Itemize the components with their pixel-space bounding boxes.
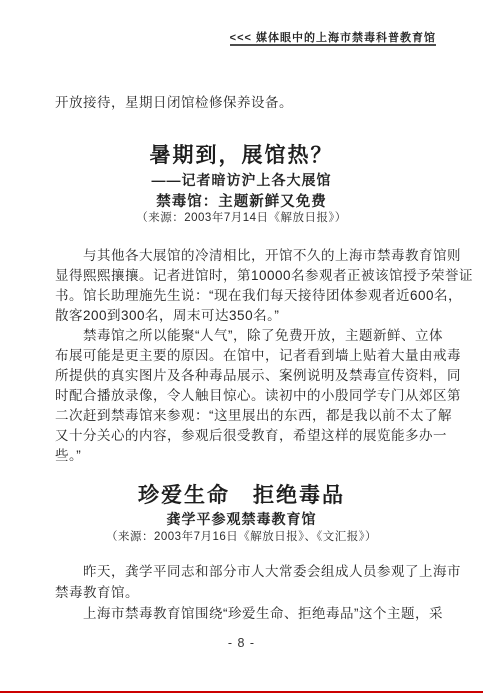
article2-title: 珍爱生命 拒绝毒品: [0, 479, 483, 509]
page-number: - 8 -: [0, 636, 483, 650]
article1-source: （来源：2003年7月14日《解放日报》）: [0, 209, 483, 225]
text-line: 禁毒教育馆。: [55, 582, 437, 603]
document-page: <<< 媒体眼中的上海市禁毒科普教育馆 开放接待，星期日闭馆检修保养设备。 暑期…: [0, 0, 483, 696]
text-line: 又十分关心的内容，参观后很受教育，希望这样的展览能多办一: [55, 426, 437, 446]
text-line: 书。馆长助理施先生说：“现在我们每天接待团体参观者近600名，: [55, 286, 437, 306]
article1-title: 暑期到，展馆热？: [0, 139, 483, 169]
bottom-accent-rule: [0, 691, 483, 693]
text-line: 显得熙熙攘攘。记者进馆时，第10000名参观者正被该馆授予荣誉证: [55, 266, 437, 286]
text-line: 些。”: [55, 446, 437, 466]
text-line: 上海市禁毒教育馆围绕“珍爱生命、拒绝毒品”这个主题，采: [55, 603, 437, 624]
article1-body: 与其他各大展馆的冷清相比，开馆不久的上海市禁毒教育馆则显得熙熙攘攘。记者进馆时，…: [55, 246, 437, 466]
article1-subtitle2: 禁毒馆：主题新鲜又免费: [0, 190, 483, 211]
article2-subtitle: 龚学平参观禁毒教育馆: [0, 509, 483, 529]
article2-source: （来源：2003年7月16日《解放日报》、《文汇报》）: [0, 528, 483, 544]
text-line: 所提供的真实图片及各种毒品展示、案例说明及禁毒宣传资料，同: [55, 366, 437, 386]
intro-line: 开放接待，星期日闭馆检修保养设备。: [55, 93, 435, 113]
article1-subtitle: ——记者暗访沪上各大展馆: [0, 170, 483, 190]
text-line: 禁毒馆之所以能聚“人气”，除了免费开放，主题新鲜、立体: [55, 326, 437, 346]
article2-body: 昨天，龚学平同志和部分市人大常委会组成人员参观了上海市禁毒教育馆。 上海市禁毒教…: [55, 561, 437, 624]
text-line: 二次赶到禁毒馆来参观：“这里展出的东西，都是我以前不太了解: [55, 406, 437, 426]
running-head: <<< 媒体眼中的上海市禁毒科普教育馆: [230, 29, 436, 45]
text-line: 与其他各大展馆的冷清相比，开馆不久的上海市禁毒教育馆则: [55, 246, 437, 266]
text-line: 时配合播放录像，令人触目惊心。读初中的小殷同学专门从郊区第: [55, 386, 437, 406]
text-line: 昨天，龚学平同志和部分市人大常委会组成人员参观了上海市: [55, 561, 437, 582]
text-line: 布展可能是更主要的原因。在馆中，记者看到墙上贴着大量由戒毒: [55, 346, 437, 366]
text-line: 散客200到300名，周末可达350名。”: [55, 306, 437, 326]
header-rule: [230, 44, 436, 46]
